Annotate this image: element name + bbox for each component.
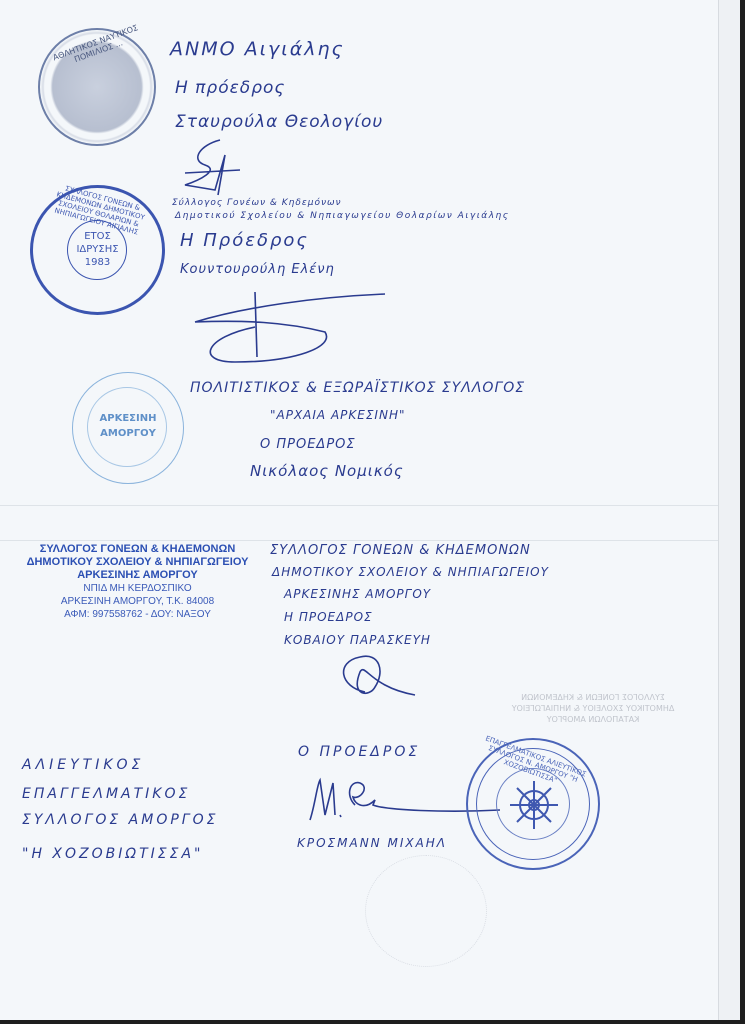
stamp-line: ΑΦΜ: 997558762 - ΔΟΥ: ΝΑΞΟΥ: [20, 608, 255, 621]
handwritten-line: Ο ΠΡΟΕΔΡΟΣ: [298, 744, 420, 760]
handwritten-line: ΚΟΒΑΙΟΥ ΠΑΡΑΣΚΕΥΗ: [284, 633, 431, 647]
signature: [185, 282, 365, 372]
handwritten-line: Ο ΠΡΟΕΔΡΟΣ: [260, 437, 356, 452]
offprint-line: ΣΥΛΛΟΓΟΣ ΓΟΝΕΩΝ & ΚΗΔΕΜΟΝΩΝ: [488, 692, 698, 703]
stamp-fishermen-association-amorgos: ΕΠΑΓΓΕΛΜΑΤΙΚΟΣ ΑΛΙΕΥΤΙΚΟΣ ΣΥΛΛΟΓΟΣ Ν. ΑΜ…: [466, 738, 600, 870]
stamp-line: ΑΡΚΕΣΙΝΗ ΑΜΟΡΓΟΥ, Τ.Κ. 84008: [20, 595, 255, 608]
page-edge: [718, 0, 741, 1020]
handwritten-line: Νικόλαος Νομικός: [250, 462, 404, 480]
handwritten-line: ΠΟΛΙΤΙΣΤΙΚΟΣ & ΕΞΩΡΑΪΣΤΙΚΟΣ ΣΥΛΛΟΓΟΣ: [190, 380, 525, 396]
handwritten-line: ΑΛΙΕΥΤΙΚΟΣ: [22, 757, 144, 773]
stamp-center-text: ΑΡΚΕΣΙΝΗ: [73, 411, 183, 426]
stamp-parents-association-tholaria: ΕΤΟΣ ΙΔΡΥΣΗΣ 1983 ΣΥΛΛΟΓΟΣ ΓΟΝΕΩΝ & ΚΗΔΕ…: [30, 185, 165, 315]
signature: [330, 652, 430, 712]
stamp-ring-text: ΑΘΛΗΤΙΚΟΣ ΝΑΥΤΙΚΟΣ ΠΟΜΙΛΙΟΣ ...: [46, 21, 148, 73]
stamp-center-text: ΑΜΟΡΓΟΥ: [73, 426, 183, 441]
stamp-cultural-association-arkesini: ΑΡΚΕΣΙΝΗ ΑΜΟΡΓΟΥ: [72, 372, 184, 484]
offprint-line: ΔΗΜΟΤΙΚΟΥ ΣΧΟΛΕΙΟΥ & ΝΗΠΙΑΓΩΓΕΙΟΥ: [488, 703, 698, 714]
stamp-line: ΑΡΚΕΣΙΝΗΣ ΑΜΟΡΓΟΥ: [20, 569, 255, 582]
faded-offprint-stamp: ΣΥΛΛΟΓΟΣ ΓΟΝΕΩΝ & ΚΗΔΕΜΟΝΩΝ ΔΗΜΟΤΙΚΟΥ ΣΧ…: [488, 692, 698, 725]
handwritten-line: "Η ΧΟΖΟΒΙΩΤΙΣΣΑ": [22, 846, 203, 862]
handwritten-line: Η πρόεδρος: [175, 78, 285, 98]
stamp-nautical-club: ΑΘΛΗΤΙΚΟΣ ΝΑΥΤΙΚΟΣ ΠΟΜΙΛΙΟΣ ...: [38, 28, 156, 146]
signature: [180, 135, 250, 200]
paper-fold: [0, 540, 718, 541]
handwritten-line: Δημοτικού Σχολείου & Νηπιαγωγείου Θολαρί…: [175, 211, 510, 221]
document-page: ΑΘΛΗΤΙΚΟΣ ΝΑΥΤΙΚΟΣ ΠΟΜΙΛΙΟΣ ... ΑΝΜΟ Αιγ…: [0, 0, 718, 1020]
handwritten-line: Η ΠΡΟΕΔΡΟΣ: [284, 610, 373, 624]
handwritten-line: ΑΝΜΟ Αιγιάλης: [170, 38, 345, 60]
handwritten-line: ΔΗΜΟΤΙΚΟΥ ΣΧΟΛΕΙΟΥ & ΝΗΠΙΑΓΩΓΕΙΟΥ: [272, 565, 549, 579]
handwritten-line: ΚΡΟΣΜΑΝΝ ΜΙΧΑΗΛ: [297, 836, 447, 850]
stamp-line: ΝΠΙΔ ΜΗ ΚΕΡΔΟΣΠΙΚΟ: [20, 582, 255, 595]
ship-wheel-icon: [506, 777, 562, 833]
scan-border: [740, 0, 745, 1024]
stamp-line: ΔΗΜΟΤΙΚΟΥ ΣΧΟΛΕΙΟΥ & ΝΗΠΙΑΓΩΓΕΙΟΥ: [20, 556, 255, 569]
handwritten-line: ΕΠΑΓΓΕΛΜΑΤΙΚΟΣ: [22, 786, 190, 802]
offprint-line: ΚΑΤΑΠΟΛΩΝ ΑΜΟΡΓΟΥ: [488, 714, 698, 725]
stamp-center-text: ΙΔΡΥΣΗΣ: [33, 243, 162, 256]
handwritten-line: ΣΥΛΛΟΓΟΣ ΑΜΟΡΓΟΣ: [22, 812, 218, 828]
scan-border: [0, 1020, 745, 1024]
handwritten-line: Η Πρόεδρος: [180, 230, 309, 251]
printed-stamp-parents-association-arkesini: ΣΥΛΛΟΓΟΣ ΓΟΝΕΩΝ & ΚΗΔΕΜΟΝΩΝ ΔΗΜΟΤΙΚΟΥ ΣΧ…: [20, 543, 255, 621]
handwritten-line: ΑΡΚΕΣΙΝΗΣ ΑΜΟΡΓΟΥ: [284, 587, 431, 601]
handwritten-line: ΣΥΛΛΟΓΟΣ ΓΟΝΕΩΝ & ΚΗΔΕΜΟΝΩΝ: [270, 543, 531, 558]
handwritten-line: Κουντουρούλη Ελένη: [180, 262, 335, 277]
stamp-center-text: 1983: [33, 256, 162, 269]
stamp-line: ΣΥΛΛΟΓΟΣ ΓΟΝΕΩΝ & ΚΗΔΕΜΟΝΩΝ: [20, 543, 255, 556]
handwritten-line: "ΑΡΧΑΙΑ ΑΡΚΕΣΙΝΗ": [270, 408, 406, 422]
handwritten-line: Σταυρούλα Θεολογίου: [175, 112, 383, 132]
paper-fold: [0, 505, 718, 506]
faded-stamp-impression: [365, 855, 487, 967]
handwritten-line: Σύλλογος Γονέων & Κηδεμόνων: [172, 198, 342, 208]
